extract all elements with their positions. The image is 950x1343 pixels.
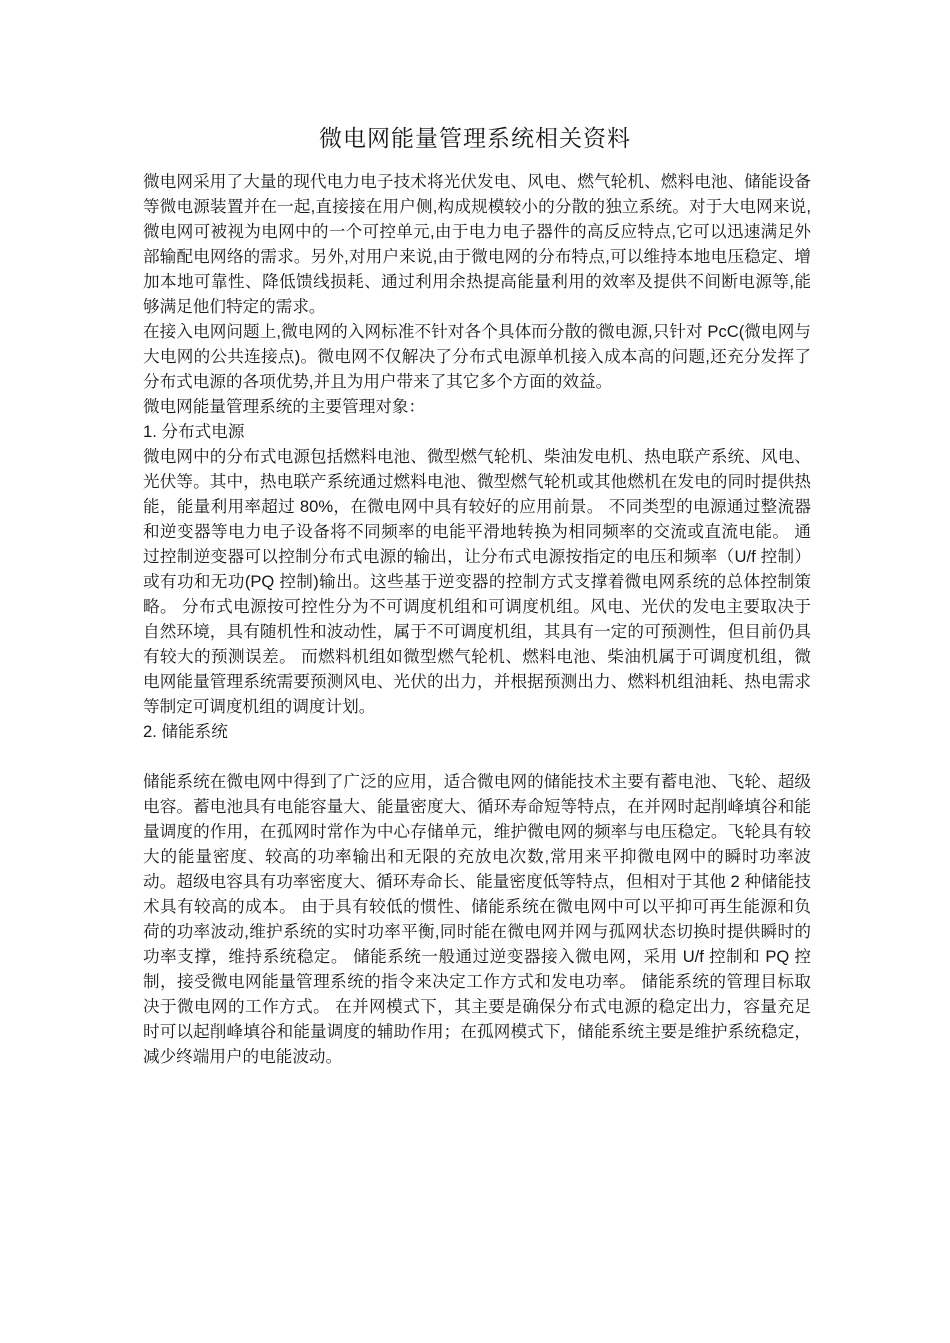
document-title: 微电网能量管理系统相关资料 — [0, 0, 950, 153]
document-body: 微电网采用了大量的现代电力电子技术将光伏发电、风电、燃气轮机、燃料电池、储能设备… — [143, 169, 811, 1069]
paragraph: 在接入电网问题上,微电网的入网标准不针对各个具体而分散的微电源,只针对 PcC(… — [143, 319, 811, 394]
paragraph: 储能系统在微电网中得到了广泛的应用，适合微电网的储能技术主要有蓄电池、飞轮、超级… — [143, 769, 811, 1069]
blank-line — [143, 744, 811, 769]
heading-line: 2. 储能系统 — [143, 719, 811, 744]
heading-line: 1. 分布式电源 — [143, 419, 811, 444]
heading-line: 微电网能量管理系统的主要管理对象： — [143, 394, 811, 419]
document-page: 微电网能量管理系统相关资料 微电网采用了大量的现代电力电子技术将光伏发电、风电、… — [0, 0, 950, 1343]
paragraph: 微电网采用了大量的现代电力电子技术将光伏发电、风电、燃气轮机、燃料电池、储能设备… — [143, 169, 811, 319]
paragraph: 微电网中的分布式电源包括燃料电池、微型燃气轮机、柴油发电机、热电联产系统、风电、… — [143, 444, 811, 719]
